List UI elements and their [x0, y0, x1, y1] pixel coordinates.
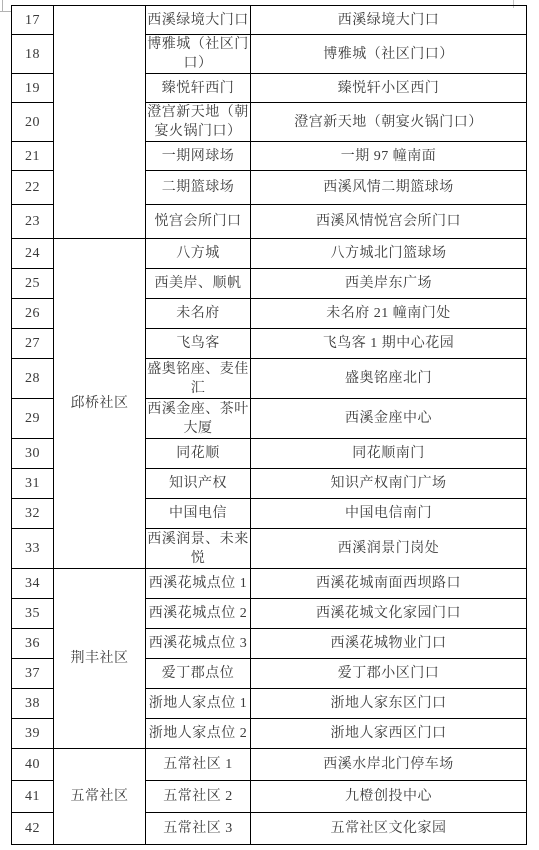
- row-number-cell: 25: [12, 269, 54, 299]
- location-cell: 盛奥铭座北门: [251, 359, 527, 399]
- row-number-cell: 38: [12, 689, 54, 719]
- row-number-cell: 36: [12, 629, 54, 659]
- point-name-cell: 西溪花城点位 3: [146, 629, 251, 659]
- point-name-cell: 五常社区 1: [146, 749, 251, 781]
- point-name-cell: 臻悦轩西门: [146, 74, 251, 103]
- point-name-cell: 一期网球场: [146, 142, 251, 171]
- point-name-cell: 飞鸟客: [146, 329, 251, 359]
- row-number-cell: 27: [12, 329, 54, 359]
- location-cell: 浙地人家东区门口: [251, 689, 527, 719]
- location-cell: 浙地人家西区门口: [251, 719, 527, 749]
- location-cell: 西溪水岸北门停车场: [251, 749, 527, 781]
- point-name-cell: 西美岸、顺帆: [146, 269, 251, 299]
- location-cell: 八方城北门篮球场: [251, 239, 527, 269]
- row-number-cell: 28: [12, 359, 54, 399]
- point-name-cell: 五常社区 2: [146, 781, 251, 813]
- row-number-cell: 32: [12, 499, 54, 529]
- location-cell: 西溪花城文化家园门口: [251, 599, 527, 629]
- table-row: 40 五常社区 五常社区 1 西溪水岸北门停车场: [12, 749, 527, 781]
- community-cell: [54, 6, 146, 239]
- location-cell: 一期 97 幢南面: [251, 142, 527, 171]
- location-cell: 五常社区文化家园: [251, 813, 527, 845]
- location-cell: 澄宫新天地（朝宴火锅门口）: [251, 103, 527, 142]
- community-cell: 邱桥社区: [54, 239, 146, 569]
- point-name-cell: 西溪绿境大门口: [146, 6, 251, 35]
- location-cell: 臻悦轩小区西门: [251, 74, 527, 103]
- location-cell: 知识产权南门广场: [251, 469, 527, 499]
- point-name-cell: 八方城: [146, 239, 251, 269]
- row-number-cell: 39: [12, 719, 54, 749]
- point-name-cell: 西溪润景、未来悦: [146, 529, 251, 569]
- location-cell: 中国电信南门: [251, 499, 527, 529]
- point-name-cell: 浙地人家点位 2: [146, 719, 251, 749]
- row-number-cell: 35: [12, 599, 54, 629]
- point-name-cell: 西溪金座、茶叶大厦: [146, 399, 251, 439]
- location-cell: 西溪风情二期篮球场: [251, 171, 527, 205]
- location-cell: 飞鸟客 1 期中心花园: [251, 329, 527, 359]
- point-name-cell: 爱丁郡点位: [146, 659, 251, 689]
- point-name-cell: 未名府: [146, 299, 251, 329]
- row-number-cell: 17: [12, 6, 54, 35]
- location-cell: 西溪绿境大门口: [251, 6, 527, 35]
- point-name-cell: 博雅城（社区门口）: [146, 35, 251, 74]
- row-number-cell: 40: [12, 749, 54, 781]
- location-cell: 九橙创投中心: [251, 781, 527, 813]
- point-name-cell: 悦宫会所门口: [146, 205, 251, 239]
- point-name-cell: 盛奥铭座、麦佳汇: [146, 359, 251, 399]
- row-number-cell: 30: [12, 439, 54, 469]
- row-number-cell: 34: [12, 569, 54, 599]
- row-number-cell: 23: [12, 205, 54, 239]
- row-number-cell: 18: [12, 35, 54, 74]
- table-row: 34 荆丰社区 西溪花城点位 1 西溪花城南面西坝路口: [12, 569, 527, 599]
- point-name-cell: 浙地人家点位 1: [146, 689, 251, 719]
- row-number-cell: 29: [12, 399, 54, 439]
- cropped-border-artifact-top-left-vertical: [2, 0, 3, 11]
- row-number-cell: 24: [12, 239, 54, 269]
- row-number-cell: 42: [12, 813, 54, 845]
- location-cell: 西溪花城物业门口: [251, 629, 527, 659]
- location-cell: 西溪花城南面西坝路口: [251, 569, 527, 599]
- checkpoint-table: 17 西溪绿境大门口 西溪绿境大门口 18 博雅城（社区门口） 博雅城（社区门口…: [11, 5, 527, 845]
- row-number-cell: 22: [12, 171, 54, 205]
- location-cell: 博雅城（社区门口）: [251, 35, 527, 74]
- row-number-cell: 19: [12, 74, 54, 103]
- community-cell: 五常社区: [54, 749, 146, 845]
- point-name-cell: 澄宫新天地（朝宴火锅门口）: [146, 103, 251, 142]
- location-cell: 爱丁郡小区门口: [251, 659, 527, 689]
- row-number-cell: 21: [12, 142, 54, 171]
- point-name-cell: 二期篮球场: [146, 171, 251, 205]
- table-row: 17 西溪绿境大门口 西溪绿境大门口: [12, 6, 527, 35]
- row-number-cell: 26: [12, 299, 54, 329]
- point-name-cell: 知识产权: [146, 469, 251, 499]
- row-number-cell: 37: [12, 659, 54, 689]
- location-cell: 未名府 21 幢南门处: [251, 299, 527, 329]
- location-cell: 西溪金座中心: [251, 399, 527, 439]
- location-cell: 同花顺南门: [251, 439, 527, 469]
- point-name-cell: 同花顺: [146, 439, 251, 469]
- location-cell: 西美岸东广场: [251, 269, 527, 299]
- location-cell: 西溪润景门岗处: [251, 529, 527, 569]
- row-number-cell: 20: [12, 103, 54, 142]
- row-number-cell: 41: [12, 781, 54, 813]
- point-name-cell: 西溪花城点位 1: [146, 569, 251, 599]
- row-number-cell: 33: [12, 529, 54, 569]
- row-number-cell: 31: [12, 469, 54, 499]
- table-row: 24 邱桥社区 八方城 八方城北门篮球场: [12, 239, 527, 269]
- location-cell: 西溪风情悦宫会所门口: [251, 205, 527, 239]
- point-name-cell: 中国电信: [146, 499, 251, 529]
- community-cell: 荆丰社区: [54, 569, 146, 749]
- cropped-border-artifact-top-left-horizontal: [0, 11, 11, 12]
- point-name-cell: 西溪花城点位 2: [146, 599, 251, 629]
- point-name-cell: 五常社区 3: [146, 813, 251, 845]
